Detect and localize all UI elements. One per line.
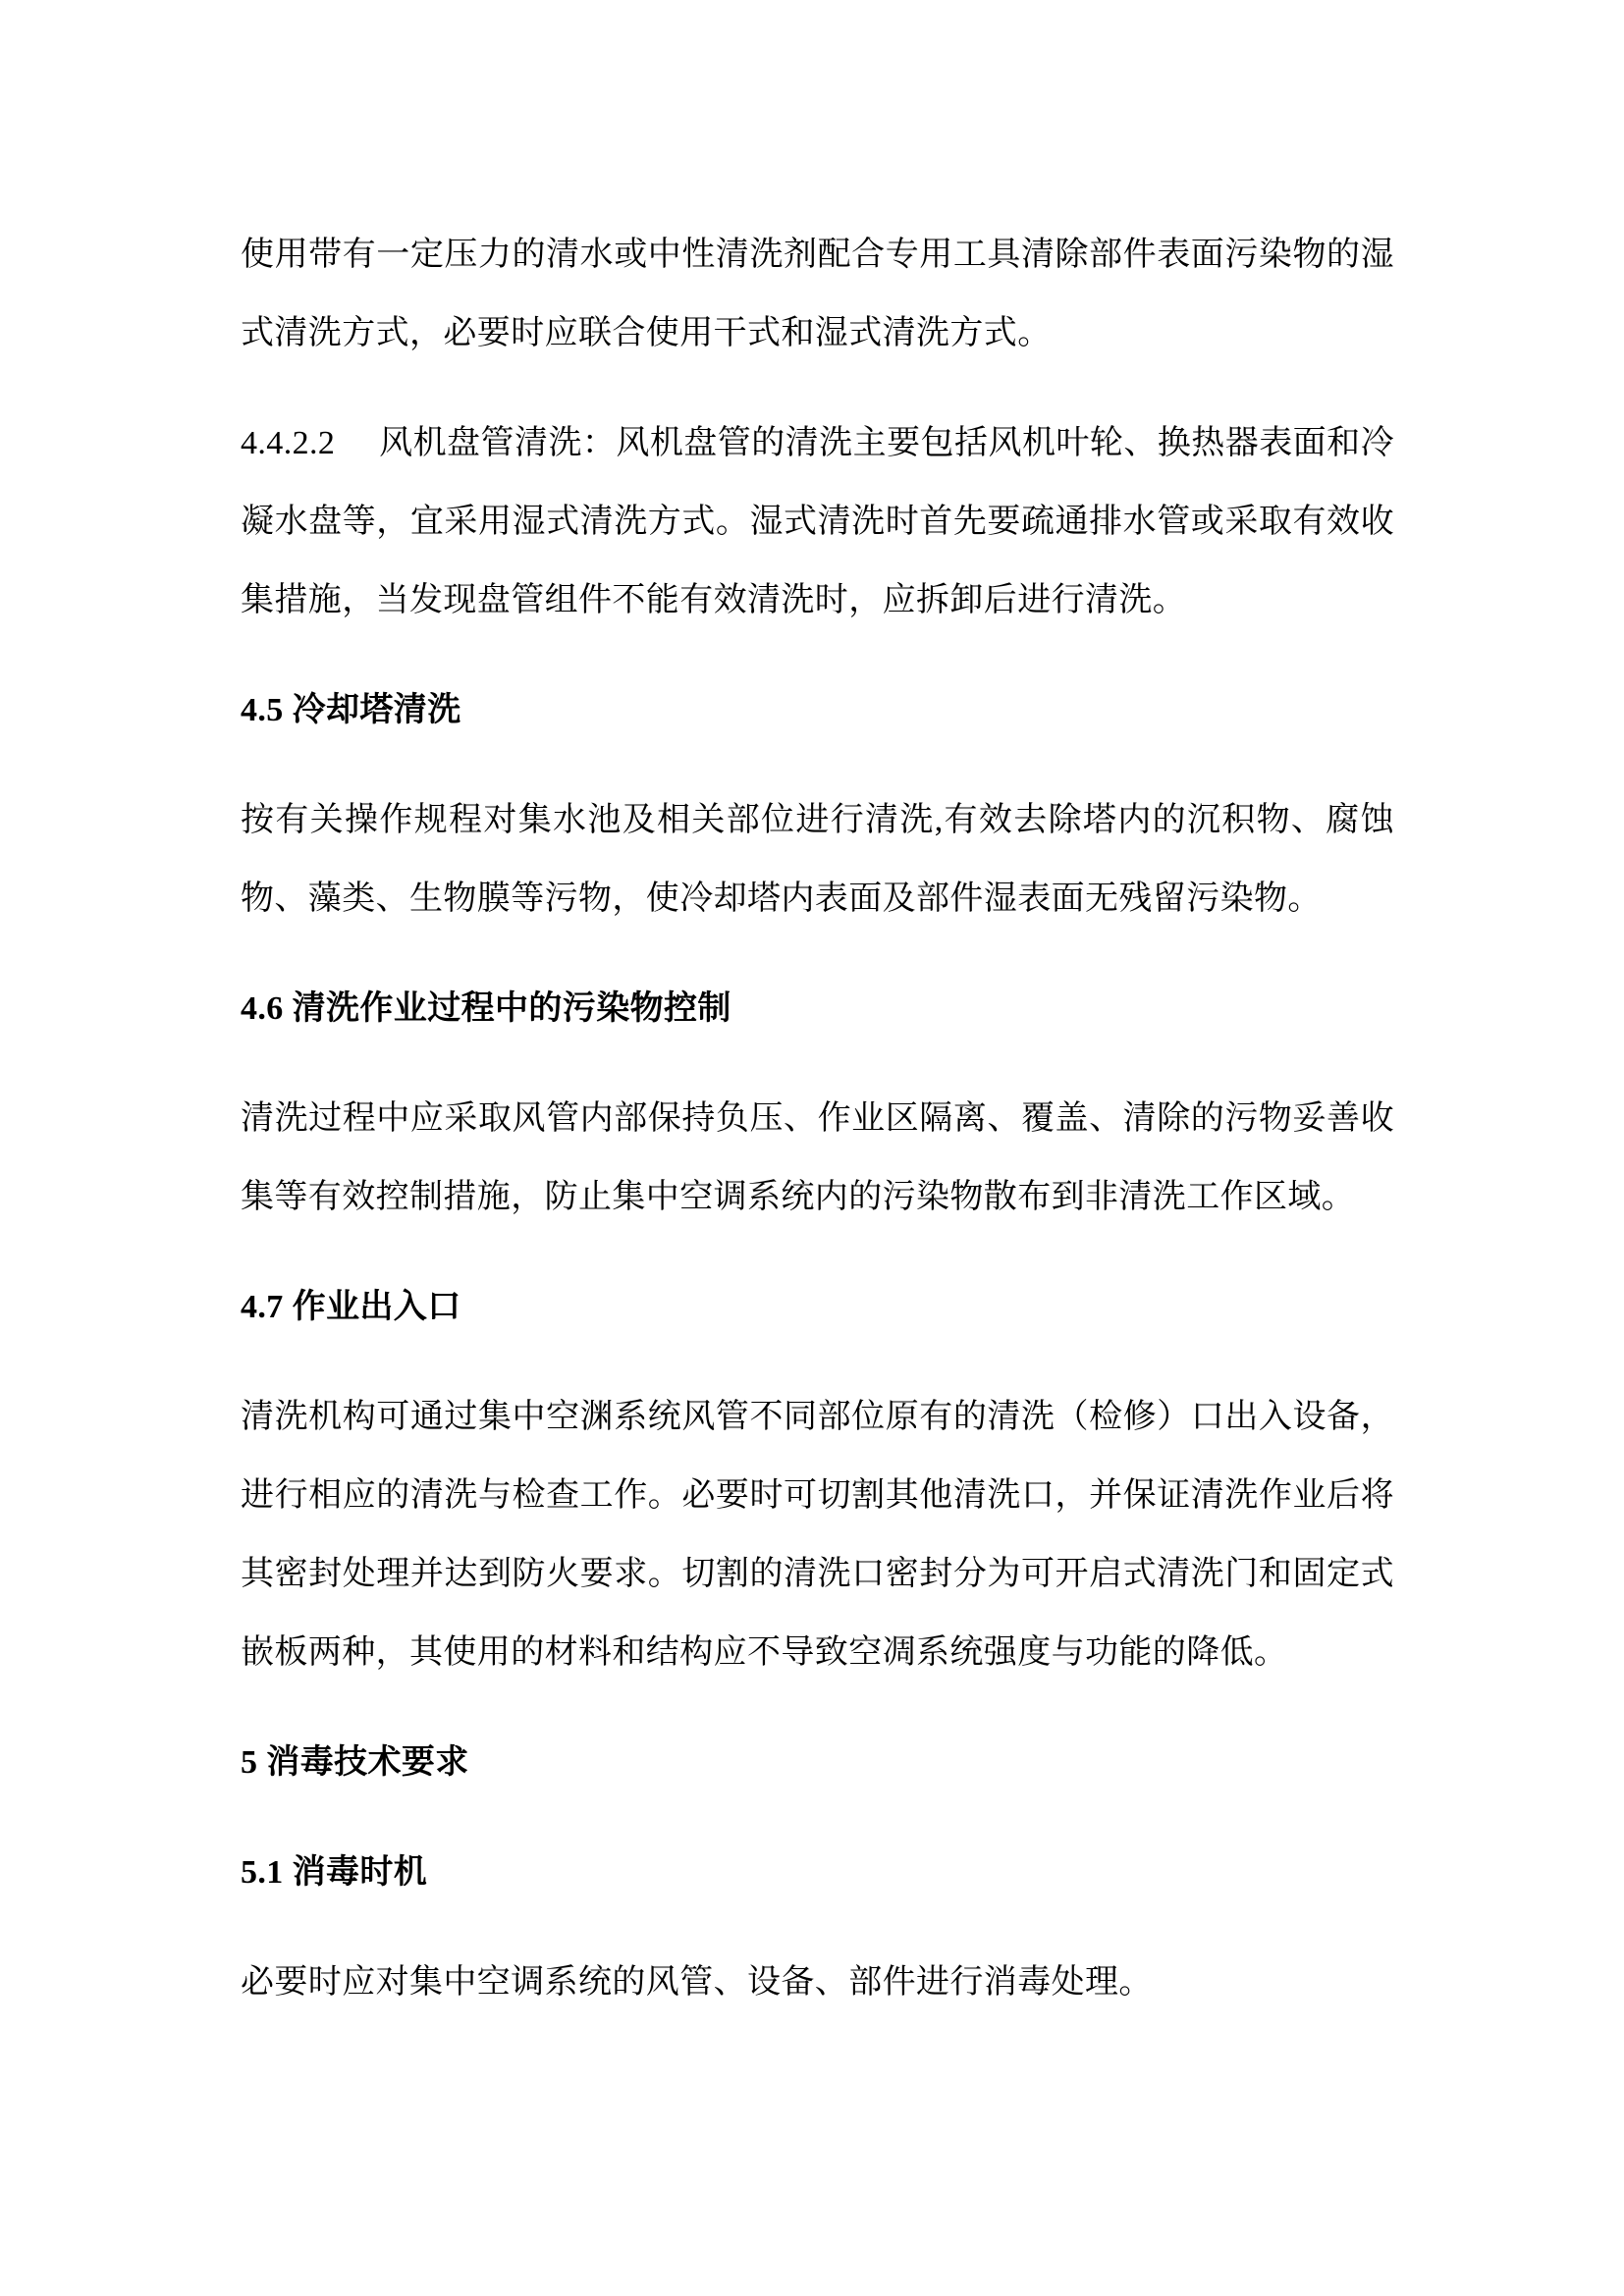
heading-4-6-pollutant-control: 4.6 清洗作业过程中的污染物控制 [241,970,1394,1048]
heading-4-7-work-access-openings: 4.7 作业出入口 [241,1268,1394,1347]
document-page: 使用带有一定压力的清水或中性清洗剂配合专用工具清除部件表面污染物的湿式清洗方式，… [0,0,1624,2296]
paragraph-4-4-2-2-fan-coil-cleaning: 4.4.2.2 风机盘管清洗：风机盘管的清洗主要包括风机叶轮、换热器表面和冷凝水… [241,404,1394,640]
heading-4-5-cooling-tower-cleaning: 4.5 冷却塔清洗 [241,671,1394,750]
paragraph-wet-clean-method: 使用带有一定压力的清水或中性清洗剂配合专用工具清除部件表面污染物的湿式清洗方式，… [241,216,1394,373]
heading-5-1-disinfection-timing: 5.1 消毒时机 [241,1834,1394,1912]
paragraph-disinfection-timing-detail: 必要时应对集中空调系统的风管、设备、部件进行消毒处理。 [241,1944,1394,2022]
paragraph-work-access-description: 清洗机构可通过集中空渊系统风管不同部位原有的清洗（检修）口出入设备，进行相应的清… [241,1378,1394,1692]
paragraph-pollutant-control-measures: 清洗过程中应采取风管内部保持负压、作业区隔离、覆盖、清除的污物妥善收集等有效控制… [241,1080,1394,1237]
paragraph-cooling-tower-procedure: 按有关操作规程对集水池及相关部位进行清洗,有效去除塔内的沉积物、腐蚀物、藻类、生… [241,781,1394,938]
heading-5-disinfection-requirements: 5 消毒技术要求 [241,1724,1394,1802]
